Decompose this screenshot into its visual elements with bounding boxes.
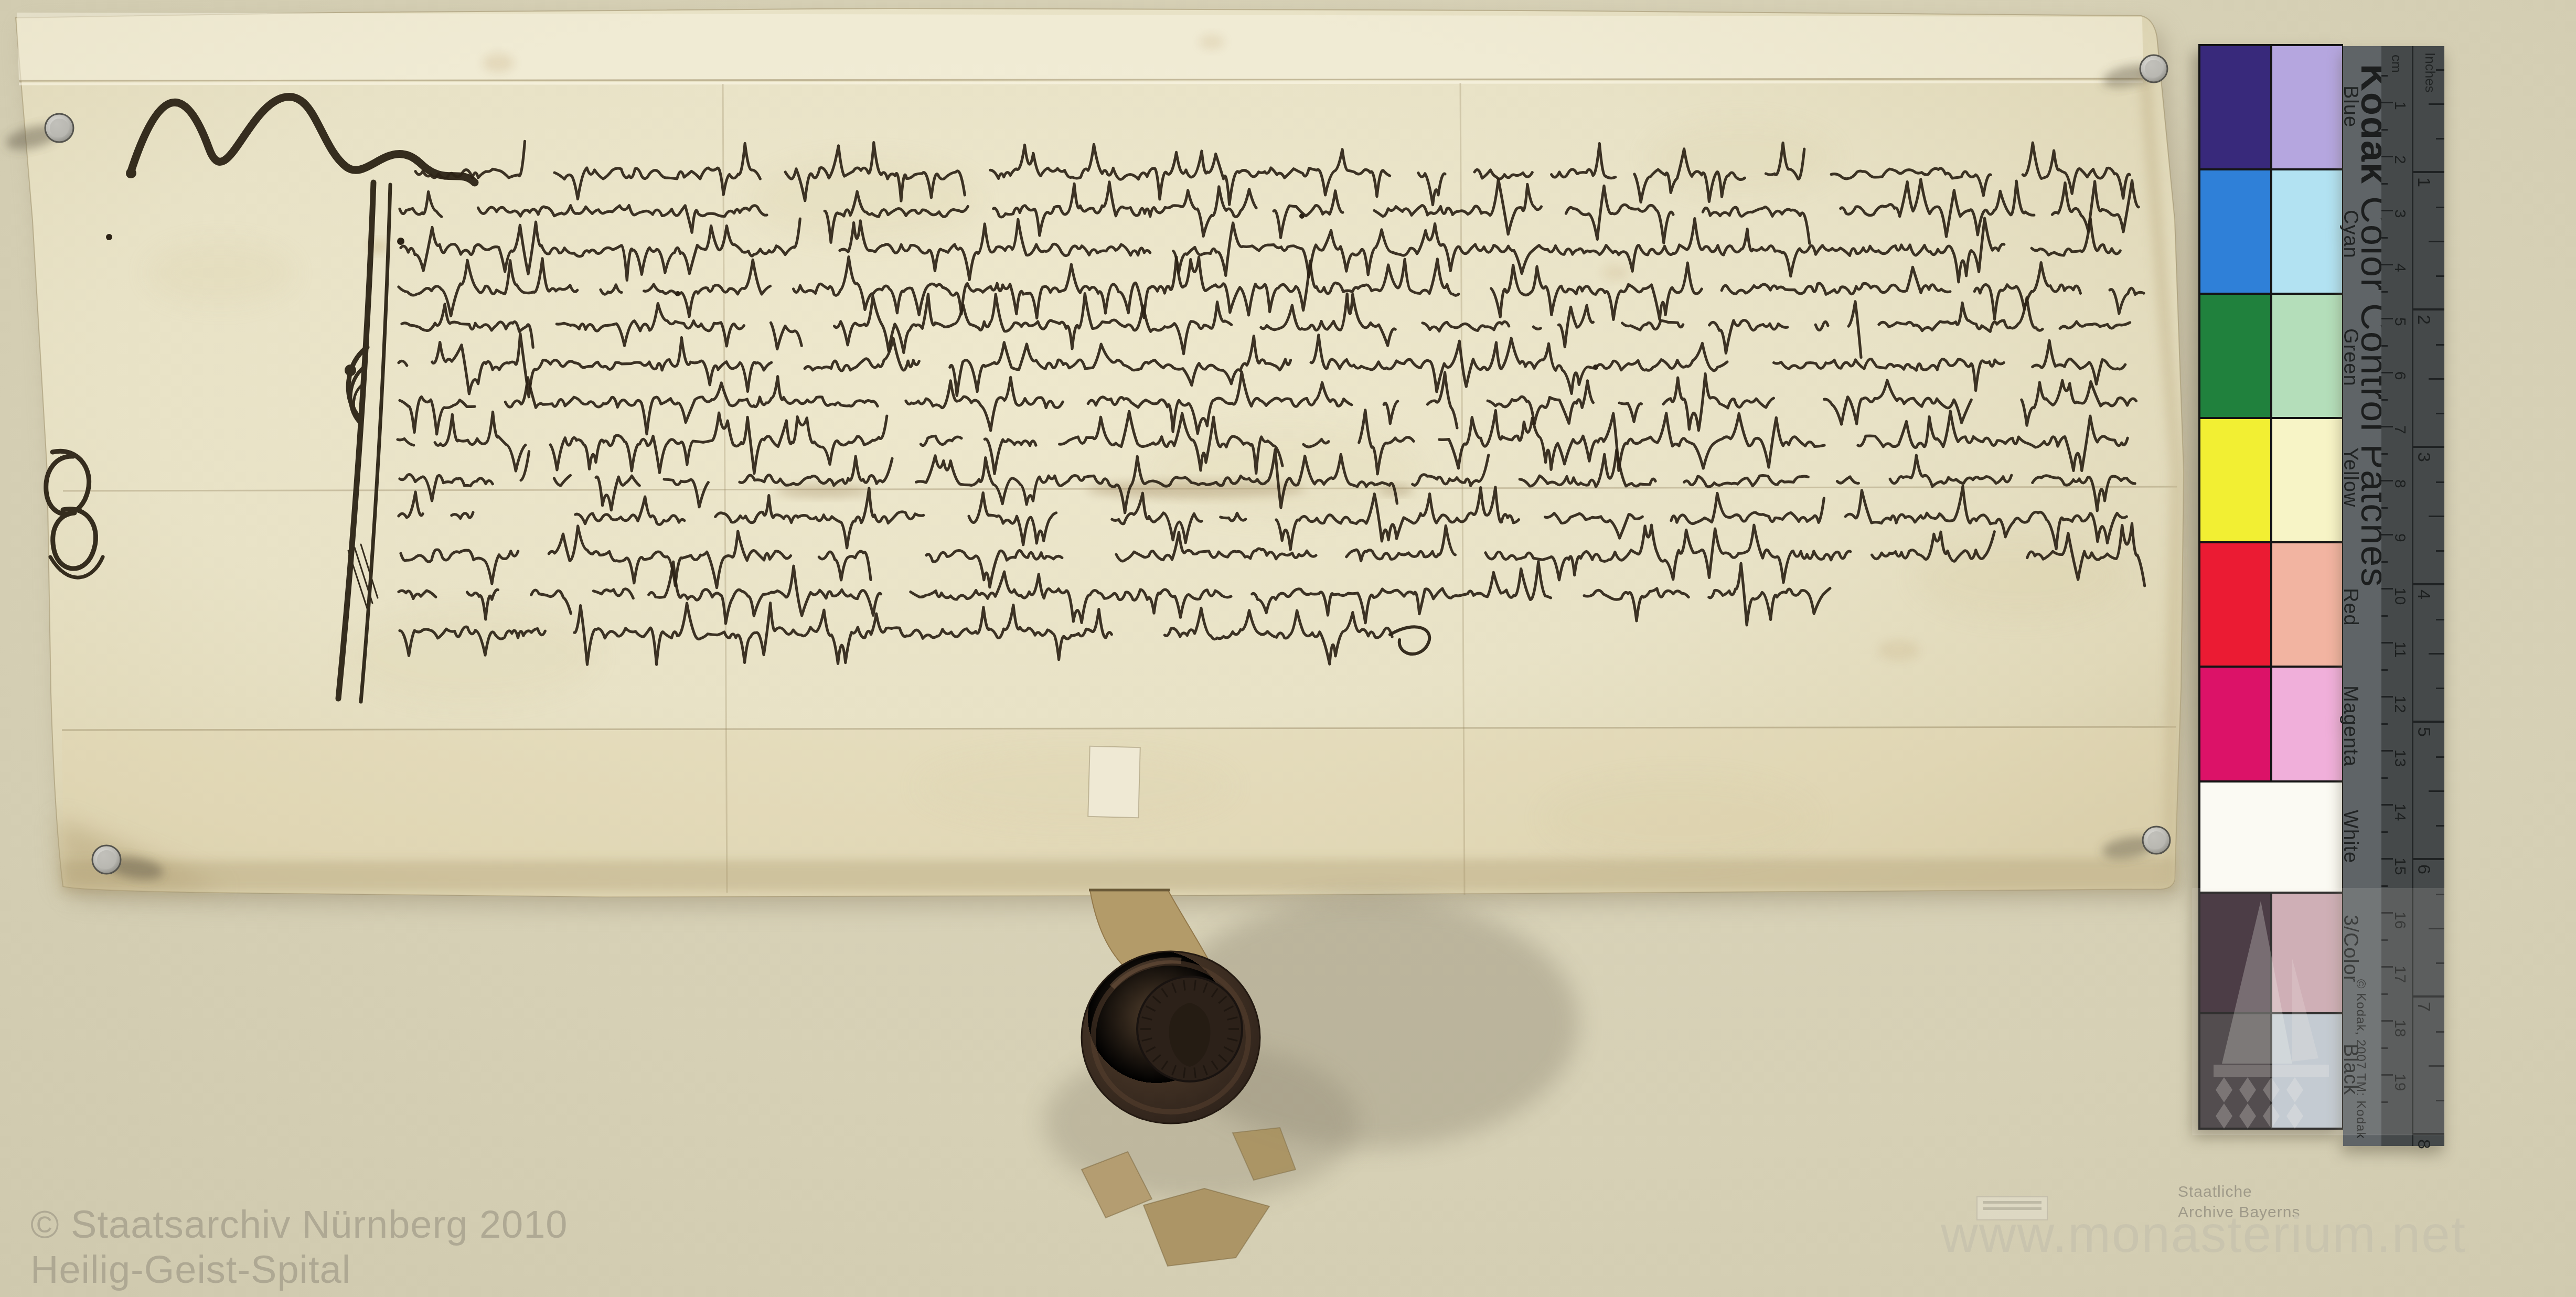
patch-label-green: Green xyxy=(2339,328,2361,387)
inch-quartertick xyxy=(2436,756,2444,758)
inch-quartertick xyxy=(2436,413,2444,414)
archival-scan-page: Kodak Color Control Patches © Kodak, 200… xyxy=(0,0,2576,1297)
copyright-line2: Heilig-Geist-Spital xyxy=(30,1247,568,1292)
copyright-notice: © Staatsarchiv Nürnberg 2010 Heilig-Geis… xyxy=(30,1202,568,1292)
watermark: www.monasterium.net xyxy=(1941,1205,2466,1264)
inch-number-5: 5 xyxy=(2413,727,2434,737)
inch-quartertick xyxy=(2436,825,2444,827)
cm-number-6: 6 xyxy=(2391,371,2409,380)
ruler-cm-label: cm xyxy=(2388,55,2404,73)
cm-number-3: 3 xyxy=(2391,209,2409,218)
inch-tick-2 xyxy=(2413,308,2444,310)
inch-halftick xyxy=(2429,790,2444,792)
color-patch-blue-saturated xyxy=(2200,46,2270,168)
seal-assembly xyxy=(1044,890,1579,1266)
ruler-inch-label: Inches xyxy=(2422,52,2438,93)
cm-number-12: 12 xyxy=(2391,695,2409,713)
cm-halftick xyxy=(2381,237,2388,239)
inch-halftick xyxy=(2429,653,2444,655)
cm-halftick xyxy=(2381,183,2388,185)
cm-number-7: 7 xyxy=(2391,425,2409,434)
inch-tick-4 xyxy=(2413,583,2444,585)
cm-halftick xyxy=(2381,345,2388,347)
cm-number-10: 10 xyxy=(2391,587,2409,605)
inch-number-6: 6 xyxy=(2413,864,2434,874)
inch-number-2: 2 xyxy=(2413,315,2434,325)
inch-quartertick xyxy=(2436,275,2444,277)
cm-number-4: 4 xyxy=(2391,263,2409,272)
patch-label-cyan: Cyan xyxy=(2339,210,2361,259)
inch-quartertick xyxy=(2436,619,2444,620)
inch-quartertick xyxy=(2436,481,2444,483)
inch-quartertick xyxy=(2436,550,2444,552)
color-patch-magenta-saturated xyxy=(2200,668,2270,780)
logo-plate xyxy=(2193,888,2444,1135)
inch-halftick xyxy=(2429,241,2444,242)
inch-quartertick xyxy=(2436,69,2444,71)
seal-paper-frill xyxy=(1143,1188,1269,1266)
patch-label-yellow: Yellow xyxy=(2339,447,2361,507)
color-patch-cyan-saturated xyxy=(2200,170,2270,293)
cm-number-14: 14 xyxy=(2391,803,2409,821)
cm-halftick xyxy=(2381,561,2388,563)
cm-number-1: 1 xyxy=(2391,101,2409,110)
cm-number-13: 13 xyxy=(2391,749,2409,767)
cm-number-8: 8 xyxy=(2391,479,2409,488)
bottom-edge-darkening xyxy=(60,858,2177,892)
inch-tick-6 xyxy=(2413,858,2444,860)
inch-tick-3 xyxy=(2413,446,2444,448)
cm-halftick xyxy=(2381,723,2388,725)
inch-tick-1 xyxy=(2413,171,2444,173)
inch-number-4: 4 xyxy=(2413,589,2434,599)
copyright-line1: © Staatsarchiv Nürnberg 2010 xyxy=(30,1202,568,1247)
inch-halftick xyxy=(2429,378,2444,380)
color-patch-blue-tint xyxy=(2272,46,2342,168)
color-patch-magenta-tint xyxy=(2272,668,2342,780)
color-patch-cyan-tint xyxy=(2272,170,2342,293)
cm-number-5: 5 xyxy=(2391,317,2409,326)
cm-number-2: 2 xyxy=(2391,155,2409,164)
archive-logo-overlay xyxy=(2172,885,2465,1148)
cm-number-11: 11 xyxy=(2391,641,2409,658)
cm-number-15: 15 xyxy=(2391,857,2409,875)
cm-halftick xyxy=(2381,507,2388,509)
color-patch-red-tint xyxy=(2272,543,2342,666)
crease-stain xyxy=(776,485,871,497)
inch-halftick xyxy=(2429,103,2444,105)
top-fold xyxy=(17,13,2143,81)
inch-number-1: 1 xyxy=(2413,177,2434,187)
inch-tick-5 xyxy=(2413,721,2444,723)
cm-halftick xyxy=(2381,669,2388,671)
cm-halftick xyxy=(2381,291,2388,293)
patch-label-red: Red xyxy=(2339,588,2361,626)
cm-halftick xyxy=(2381,615,2388,617)
color-patch-red-saturated xyxy=(2200,543,2270,666)
color-patch-green-saturated xyxy=(2200,295,2270,417)
inch-quartertick xyxy=(2436,138,2444,140)
color-patch-white xyxy=(2200,783,2342,892)
cm-halftick xyxy=(2381,453,2388,455)
patch-label-blue: Blue xyxy=(2339,85,2361,127)
cm-halftick xyxy=(2381,777,2388,779)
cm-number-9: 9 xyxy=(2391,533,2409,542)
color-patch-yellow-tint xyxy=(2272,419,2342,541)
plica-reinforcement-square xyxy=(1088,746,1140,818)
color-patch-yellow-saturated xyxy=(2200,419,2270,541)
logo-caption-line1: Staatliche xyxy=(2178,1183,2252,1200)
logo-base xyxy=(2214,1065,2329,1077)
inch-quartertick xyxy=(2436,688,2444,689)
cm-halftick xyxy=(2381,399,2388,401)
cm-halftick xyxy=(2381,75,2388,77)
cm-halftick xyxy=(2381,129,2388,131)
inch-number-3: 3 xyxy=(2413,452,2434,462)
patch-label-white: White xyxy=(2339,810,2361,863)
patch-label-magenta: Magenta xyxy=(2339,685,2361,767)
cm-halftick xyxy=(2381,831,2388,833)
inch-halftick xyxy=(2429,516,2444,517)
inch-quartertick xyxy=(2436,207,2444,208)
color-patch-green-tint xyxy=(2272,295,2342,417)
inch-quartertick xyxy=(2436,344,2444,346)
